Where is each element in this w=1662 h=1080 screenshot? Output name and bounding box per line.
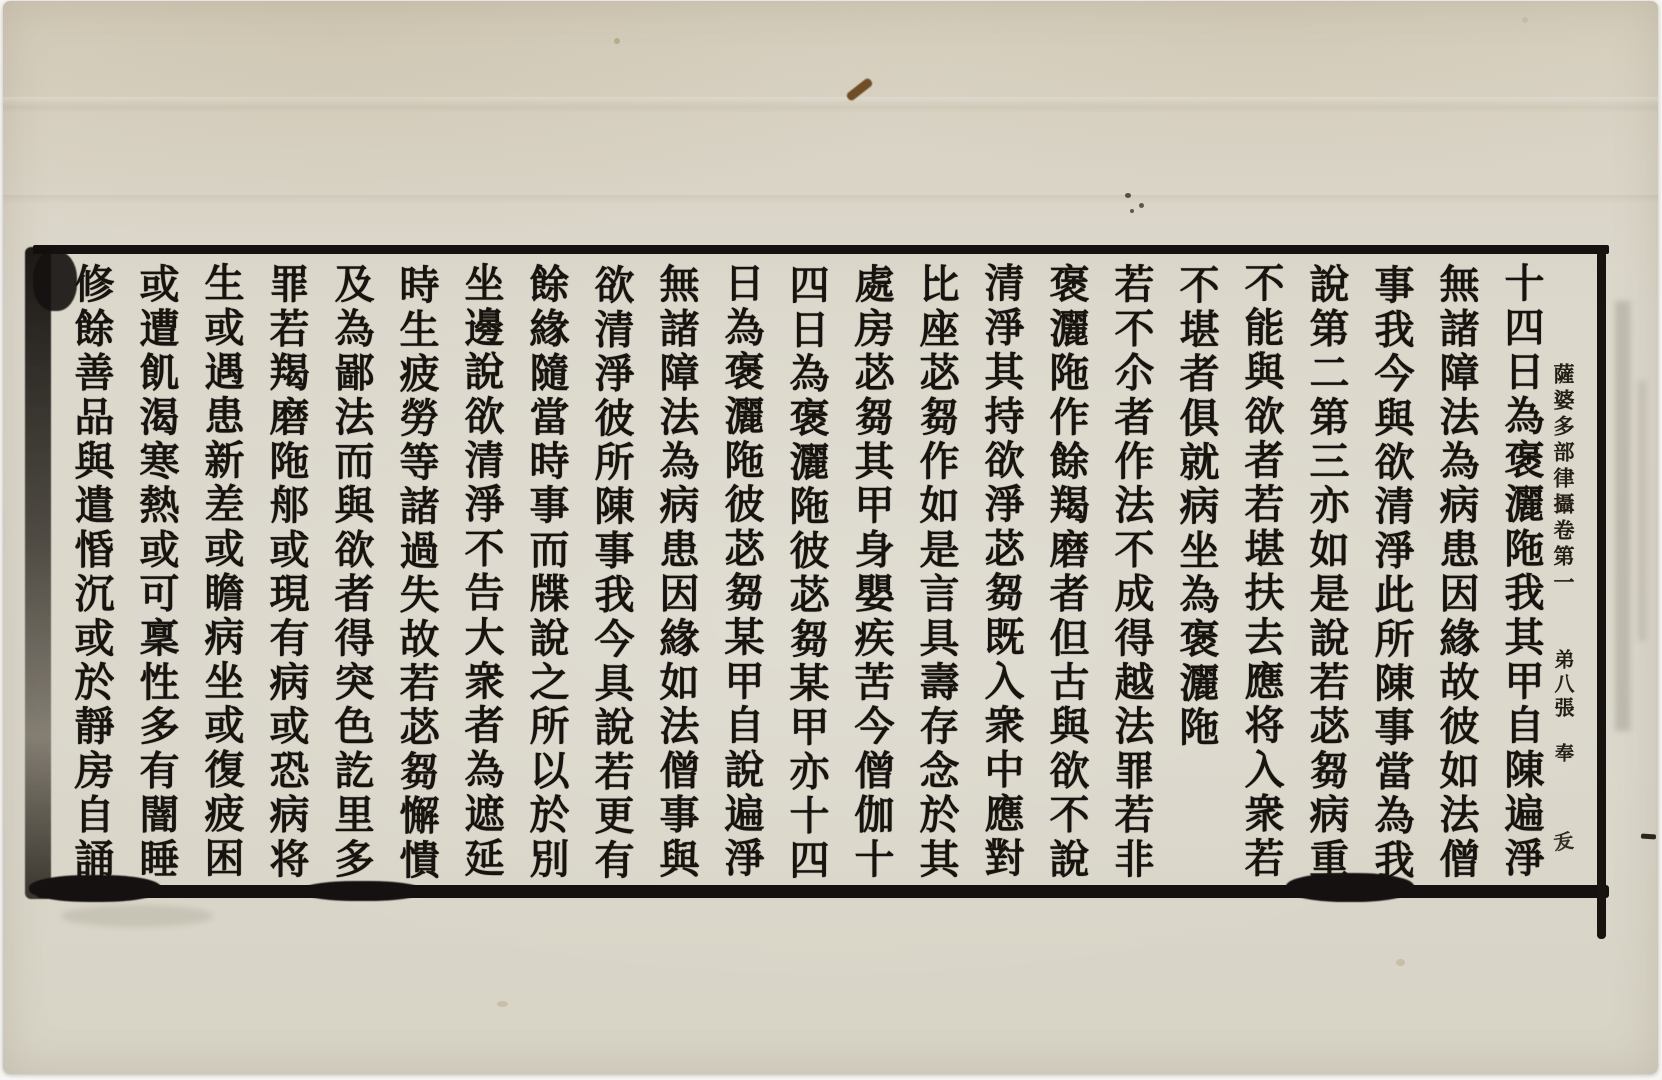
manuscript-paper: 薩婆多部律攝卷第一 弟八張 奉 叐 十四日為褒灑陁我其甲自陳遍淨 無諸障法為病患… <box>3 1 1658 1074</box>
paper-stain <box>614 38 620 44</box>
edge-ink-mark <box>1641 833 1656 839</box>
ink-rubbing-streak <box>1615 301 1630 731</box>
frame-border-right <box>1597 249 1606 939</box>
text-column: 欲清淨彼所陳事我今具說若更有 <box>579 264 644 896</box>
text-column: 罪若羯磨陁郍或現有病或恐病将 <box>254 263 319 895</box>
text-column: 時生疲勞等諸過失故若苾芻懈憒 <box>384 264 449 896</box>
text-column: 若不尒者作法不成得越法罪若非 <box>1099 263 1164 895</box>
text-column: 清淨其持欲淨苾芻既入衆中應對 <box>969 262 1034 894</box>
text-column: 日為褒灑陁彼苾芻某甲自說遍淨 <box>709 262 774 894</box>
text-column: 餘緣隨當時事而牒說之所以於別 <box>514 263 579 895</box>
text-column: 無諸障法為病患因緣故彼如法僧 <box>1424 263 1489 895</box>
text-column: 生或遇患新差或瞻病坐或復疲困 <box>189 262 254 894</box>
collation-mark: 奉 <box>1550 743 1577 762</box>
text-column: 坐邊說欲清淨不告大衆者為遮延 <box>449 262 514 894</box>
text-column: 無諸障法為病患因緣如法僧事與 <box>644 263 709 895</box>
paper-stain <box>497 1001 508 1007</box>
text-column: 或遭飢渴寒熱或可稟性多有闇睡 <box>124 263 189 895</box>
text-column: 四日為褒灑陁彼苾芻某甲亦十四 <box>774 264 839 896</box>
text-column: 修餘善品與遣惛沉或於靜房自誦 <box>59 263 124 895</box>
paper-stain <box>1522 17 1528 23</box>
frame-border-top <box>33 245 1609 254</box>
text-column: 褒灑陁作餘羯磨者但古與欲不說 <box>1034 263 1099 895</box>
ink-speck <box>1130 209 1134 213</box>
text-column: 不能與欲者若堪扶去應将入衆若 <box>1229 262 1294 894</box>
paper-stain <box>1396 959 1405 966</box>
text-column: 說第二第三亦如是說若苾芻病重 <box>1294 263 1359 895</box>
ink-rubbing-streak <box>1638 381 1646 641</box>
text-column: 不堪者俱就病坐為褒灑陁 <box>1164 264 1229 896</box>
text-column: 比座苾芻作如是言具壽存念於其 <box>904 263 969 895</box>
frame-border-left-smudge <box>25 247 51 899</box>
text-column: 十四日為褒灑陁我其甲自陳遍淨 <box>1489 262 1554 894</box>
scanned-sutra-page: 薩婆多部律攝卷第一 弟八張 奉 叐 十四日為褒灑陁我其甲自陳遍淨 無諸障法為病患… <box>0 0 1662 1080</box>
paper-crease <box>3 97 1658 113</box>
text-column: 及為鄙法而與欲者得突色訖里多 <box>319 263 384 895</box>
paper-crease <box>3 195 1658 204</box>
sutra-text-block: 十四日為褒灑陁我其甲自陳遍淨 無諸障法為病患因緣故彼如法僧 事我今與欲清淨此所陳… <box>59 263 1554 895</box>
paper-stain <box>61 905 213 927</box>
text-column: 事我今與欲清淨此所陳事當為我 <box>1359 264 1424 896</box>
text-column: 處房苾芻其甲身嬰疾苦今僧伽十 <box>839 263 904 895</box>
